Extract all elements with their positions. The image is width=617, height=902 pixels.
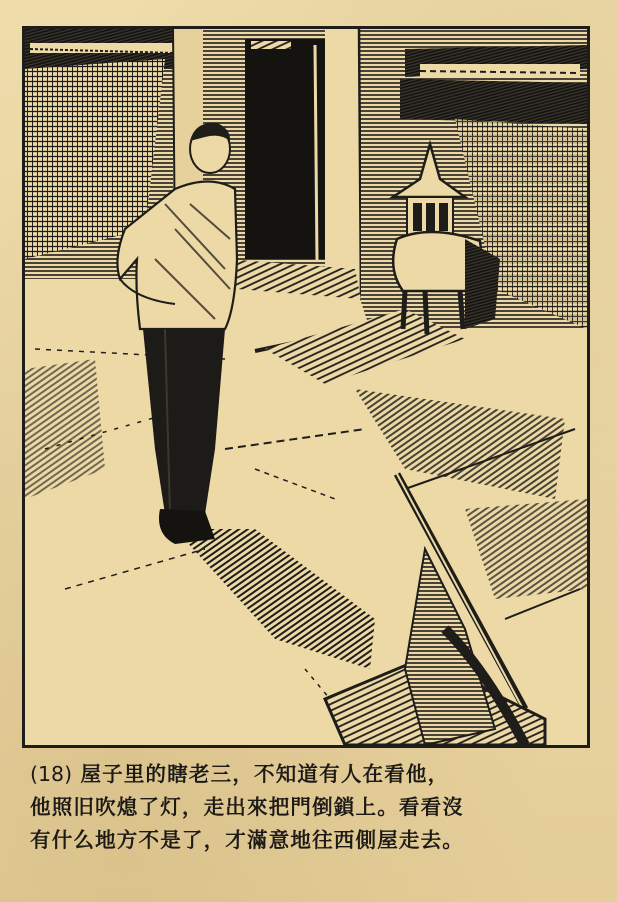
man-shadow — [175, 529, 375, 669]
caption-line-1: (18) 屋子里的瞎老三，不知道有人在看他， — [30, 758, 600, 791]
panel-caption: (18) 屋子里的瞎老三，不知道有人在看他， 他照旧吹熄了灯，走出來把門倒鎖上。… — [30, 758, 600, 857]
panel-number: (18) — [30, 762, 72, 786]
illustration-frame — [22, 26, 590, 748]
comic-page: (18) 屋子里的瞎老三，不知道有人在看他， 他照旧吹熄了灯，走出來把門倒鎖上。… — [0, 0, 617, 902]
caption-line-3: 有什么地方不是了，才滿意地往西側屋走去。 — [30, 824, 600, 857]
caption-line-2: 他照旧吹熄了灯，走出來把門倒鎖上。看看沒 — [30, 791, 600, 824]
courtyard-illustration — [25, 29, 587, 745]
